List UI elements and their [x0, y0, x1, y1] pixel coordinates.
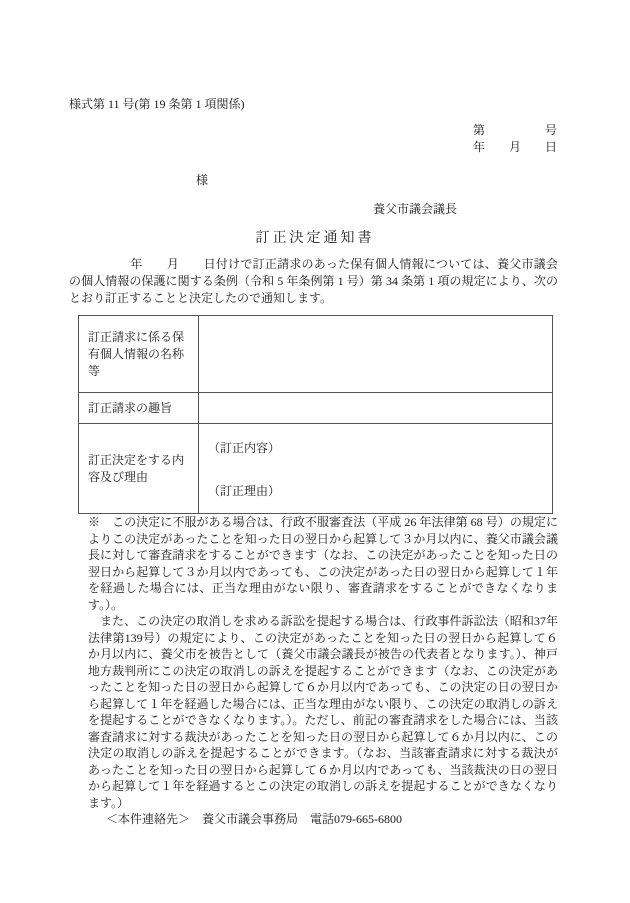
row-label-personal-info-name: 訂正請求に係る保有個人情報の名称等 — [79, 316, 199, 393]
note-paragraph-lawsuit: また、この決定の取消しを求める訴訟を提起する場合は、行政事件訴訟法（昭和37年法… — [88, 613, 558, 811]
table-row-personal-info-name: 訂正請求に係る保有個人情報の名称等 — [79, 316, 553, 393]
table-row-decision-content: 訂正決定をする内容及び理由 （訂正内容） （訂正理由） — [79, 424, 553, 514]
form-number: 様式第 11 号(第 19 条第 1 項関係) — [69, 95, 245, 112]
contact-line: ＜本件連絡先＞ 養父市議会事務局 電話079-665-6800 — [88, 811, 558, 828]
document-title: 訂正決定通知書 — [0, 227, 630, 247]
doc-number-line: 第 号 — [473, 122, 557, 139]
row-label-request-purpose: 訂正請求の趣旨 — [79, 393, 199, 424]
sender-name: 養父市議会議長 — [373, 200, 457, 217]
row-label-decision-content: 訂正決定をする内容及び理由 — [79, 424, 199, 514]
table-row-request-purpose: 訂正請求の趣旨 — [79, 393, 553, 424]
intro-paragraph: 年 月 日付けで訂正請求のあった保有個人情報については、養父市議会の個人情報の保… — [69, 256, 558, 307]
document-page: 様式第 11 号(第 19 条第 1 項関係) 第 号 年 月 日 様 養父市議… — [0, 0, 630, 903]
row-value-decision-content: （訂正内容） （訂正理由） — [199, 424, 553, 514]
correction-reason-label: （訂正理由） — [208, 483, 543, 500]
row-value-request-purpose — [199, 393, 553, 424]
correction-content-label: （訂正内容） — [208, 440, 543, 457]
decision-table: 訂正請求に係る保有個人情報の名称等 訂正請求の趣旨 訂正決定をする内容及び理由 … — [78, 315, 553, 514]
doc-number-block: 第 号 年 月 日 — [473, 122, 557, 156]
addressee-line: 様 — [196, 171, 208, 188]
row-value-personal-info-name — [199, 316, 553, 393]
date-line: 年 月 日 — [473, 139, 557, 156]
note-paragraph-appeal: ※ この決定に不服がある場合は、行政不服審査法（平成 26 年法律第 68 号）… — [88, 514, 558, 613]
notes-section: ※ この決定に不服がある場合は、行政不服審査法（平成 26 年法律第 68 号）… — [88, 514, 558, 828]
